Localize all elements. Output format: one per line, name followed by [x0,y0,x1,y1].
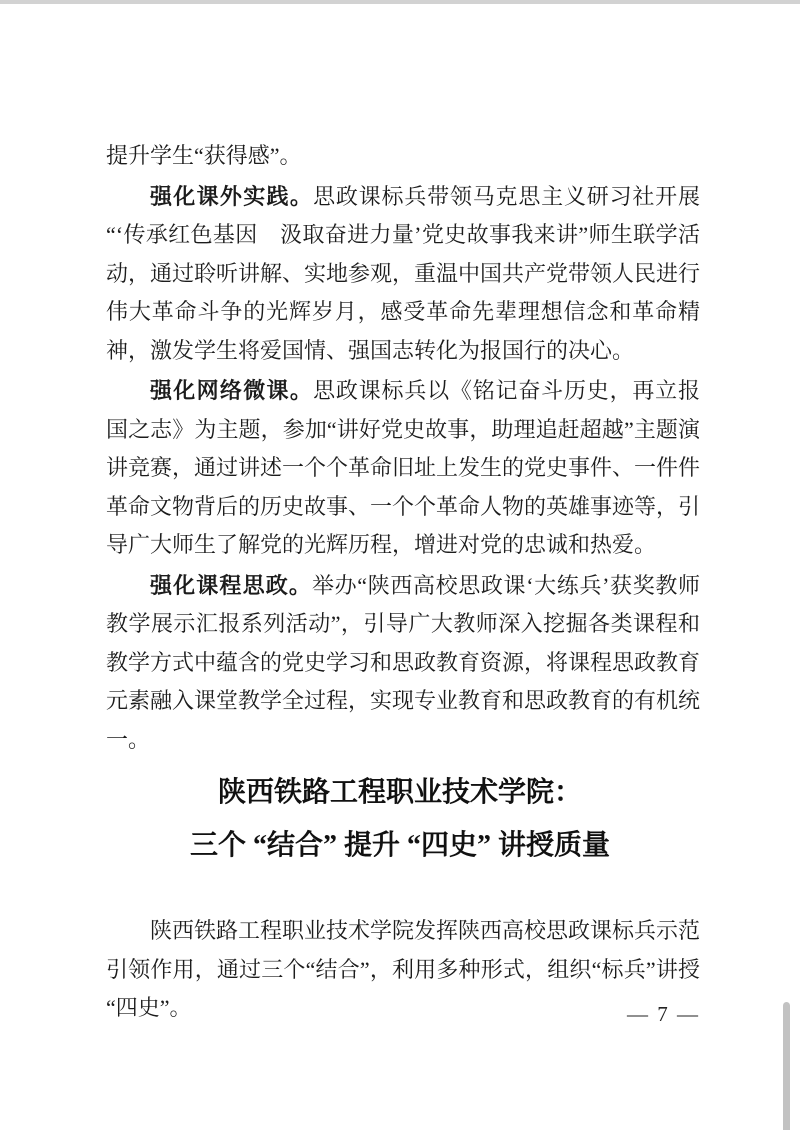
paragraph-text: 举办“陕西高校思政课‘大练兵’获奖教师教学展示汇报系列活动”，引导广大教师深入挖… [106,573,700,752]
scrollbar-thumb[interactable] [783,1002,790,1130]
document-body: 提升学生“获得感”。 强化课外实践。思政课标兵带领马克思主义研习社开展“‘传承红… [106,137,700,759]
paragraph: 强化网络微课。思政课标兵以《铭记奋斗历史，再立报国之志》为主题，参加“讲好党史故… [106,372,700,565]
paragraph: 强化课程思政。举办“陕西高校思政课‘大练兵’获奖教师教学展示汇报系列活动”，引导… [106,567,700,760]
section-heading-line1: 陕西铁路工程职业技术学院： [0,766,800,819]
paragraph: 强化课外实践。思政课标兵带领马克思主义研习社开展“‘传承红色基因 汲取奋进力量’… [106,178,700,371]
section-heading: 陕西铁路工程职业技术学院： 三个 “结合” 提升 “四史” 讲授质量 [0,766,800,872]
paragraph-text: 思政课标兵带领马克思主义研习社开展“‘传承红色基因 汲取奋进力量’党史故事我来讲… [106,184,700,363]
paragraph-lead: 强化网络微课。 [150,378,313,403]
scanned-document-page: { "document": { "continuation_line": "提升… [0,0,800,1130]
paragraph-text: 思政课标兵以《铭记奋斗历史，再立报国之志》为主题，参加“讲好党史故事，助理追赶超… [106,378,700,557]
paragraph-lead: 强化课外实践。 [150,184,313,209]
page-top-edge-divider [0,0,800,4]
paragraph-continuation: 提升学生“获得感”。 [106,137,700,176]
page-number: — 7 — [106,1002,700,1027]
paragraph-lead: 强化课程思政。 [150,573,312,598]
section-heading-line2: 三个 “结合” 提升 “四史” 讲授质量 [0,819,800,872]
